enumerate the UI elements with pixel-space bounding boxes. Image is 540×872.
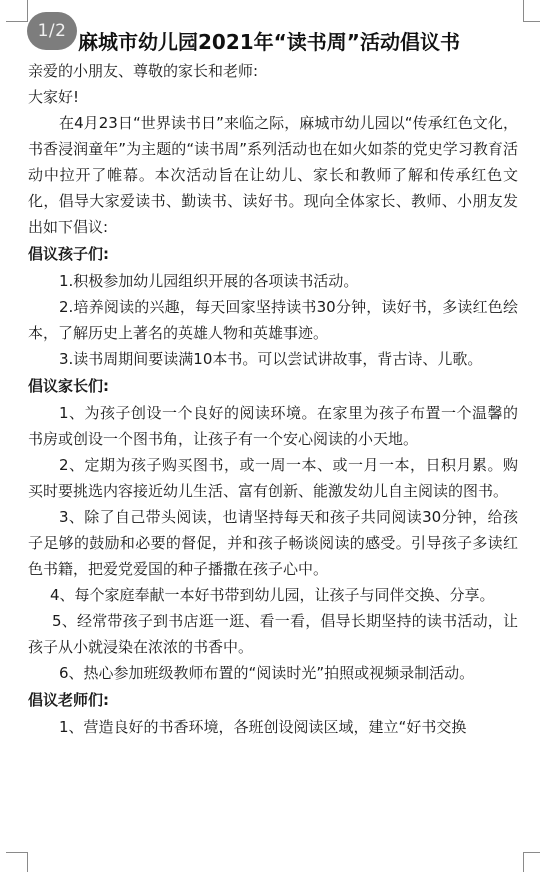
list-item: 3、除了自己带头阅读，也请坚持每天和孩子共同阅读30分钟，给孩子足够的鼓励和必要… — [28, 504, 518, 582]
intro-paragraph: 在4月23日“世界读书日”来临之际，麻城市幼儿园以“传承红色文化，书香浸润童年”… — [28, 110, 518, 240]
crop-mark-bottom-left-vertical — [27, 852, 28, 872]
document-title: 麻城市幼儿园2021年“读书周”活动倡议书 — [78, 26, 518, 58]
crop-mark-top-left-horizontal — [6, 21, 28, 22]
section-heading: 倡议孩子们: — [28, 240, 518, 268]
list-item: 4、每个家庭奉献一本好书带到幼儿园，让孩子与同伴交换、分享。 — [28, 582, 518, 608]
greeting: 大家好! — [28, 84, 518, 110]
section-children: 倡议孩子们: 1.积极参加幼儿园组织开展的各项读书活动。 2.培养阅读的兴趣，每… — [28, 240, 518, 372]
crop-mark-bottom-left-horizontal — [6, 852, 28, 853]
section-heading: 倡议老师们: — [28, 686, 518, 714]
list-item: 5、经常带孩子到书店逛一逛、看一看，倡导长期坚持的读书活动，让孩子从小就浸染在浓… — [28, 608, 518, 660]
section-teachers: 倡议老师们: 1、营造良好的书香环境，各班创设阅读区域，建立“好书交换 — [28, 686, 518, 740]
crop-mark-top-right-vertical — [523, 0, 524, 21]
list-item: 2、定期为孩子购买图书，或一周一本、或一月一本，日积月累。购买时要挑选内容接近幼… — [28, 452, 518, 504]
list-item: 1、营造良好的书香环境，各班创设阅读区域，建立“好书交换 — [28, 714, 518, 740]
crop-mark-bottom-right-horizontal — [523, 852, 540, 853]
list-item: 6、热心参加班级教师布置的“阅读时光”拍照或视频录制活动。 — [28, 660, 518, 686]
list-item: 2.培养阅读的兴趣，每天回家坚持读书30分钟，读好书，多读红色绘本，了解历史上著… — [28, 294, 518, 346]
list-item: 1.积极参加幼儿园组织开展的各项读书活动。 — [28, 268, 518, 294]
crop-mark-top-right-horizontal — [523, 21, 540, 22]
section-heading: 倡议家长们: — [28, 372, 518, 400]
list-item: 3.读书周期间要读满10本书。可以尝试讲故事，背古诗、儿歌。 — [28, 346, 518, 372]
crop-mark-bottom-right-vertical — [523, 852, 524, 872]
section-parents: 倡议家长们: 1、为孩子创设一个良好的阅读环境。在家里为孩子布置一个温馨的书房或… — [28, 372, 518, 686]
list-item: 1、为孩子创设一个良好的阅读环境。在家里为孩子布置一个温馨的书房或创设一个图书角… — [28, 400, 518, 452]
document-page: 麻城市幼儿园2021年“读书周”活动倡议书 亲爱的小朋友、尊敬的家长和老师: 大… — [28, 26, 518, 740]
crop-mark-top-left-vertical — [27, 0, 28, 21]
salutation: 亲爱的小朋友、尊敬的家长和老师: — [28, 58, 518, 84]
page-indicator-badge: 1/2 — [27, 12, 77, 50]
